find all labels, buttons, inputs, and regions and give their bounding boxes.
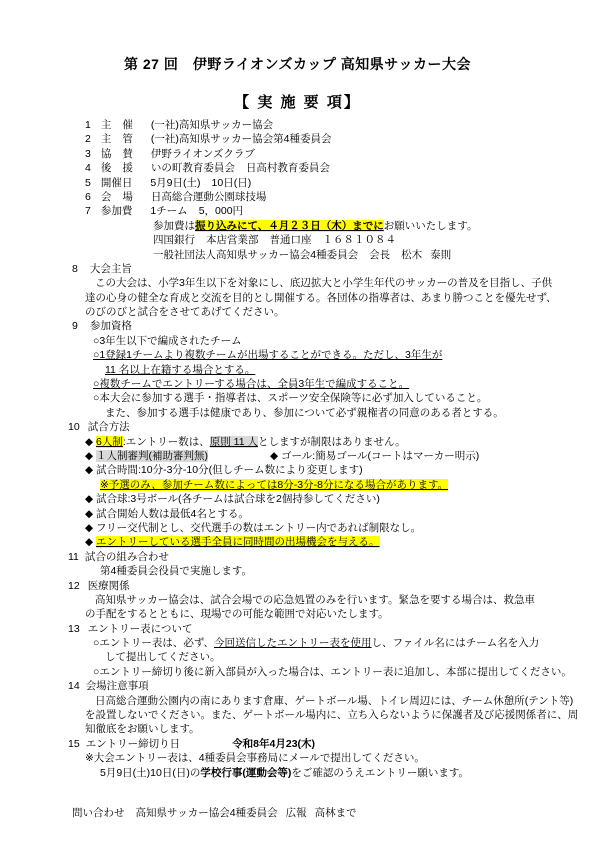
section-13-heading: 13エントリー表について [0, 622, 595, 636]
rule-match-time: ◆ 試合時間:10分-3分-10分(但しチーム数により変更します) [0, 463, 595, 477]
text-segment: して提出してください。 [105, 651, 221, 663]
spacer [358, 257, 369, 258]
text-segment: 日高総合運動公園内の南にあります倉庫、ゲートボール場、トイレ周辺には、チーム休憩… [95, 695, 573, 707]
text-segment: 試合方法 [88, 421, 130, 433]
text-segment: 会場注意事項 [86, 680, 149, 692]
spacer [80, 588, 88, 589]
text-segment: 問い合わせ [72, 807, 125, 819]
text-segment: 開催日 [101, 177, 133, 189]
rule-equal-play: ◆ エントリーしている選手全員に同時間の出場機会を与える。 [0, 535, 595, 549]
spacer [91, 170, 101, 171]
document-page: 第 27 回 伊野ライオンズカップ 高知県サッカー大会 【 実 施 要 項】 1… [0, 0, 595, 841]
entry-sheet-use-underline: 今回送信したエントリー表を使用 [214, 637, 372, 649]
spacer [133, 141, 151, 142]
text-segment: お願いいたします。 [384, 220, 478, 232]
text-segment: 試合の組み合わせ [85, 551, 169, 563]
text-segment: 15 [68, 738, 80, 750]
spacer [80, 631, 88, 632]
spacer [180, 746, 232, 747]
text-segment: 本店営業部 [206, 234, 259, 246]
entry-sheet-1-cont: して提出してください。 [0, 650, 595, 664]
spacer [422, 257, 430, 258]
spacer [312, 242, 323, 243]
text-segment: 高知県サッカー協会4種委員会 [136, 807, 278, 819]
six-player-highlight: 6人制 [96, 436, 123, 448]
association-line: 一般社団法人高知県サッカー協会4種委員会会長松木泰則 [0, 248, 595, 262]
text-segment: 参加資格 [90, 320, 132, 332]
text-segment: をご確認のうえエントリー願います。 [291, 767, 469, 779]
text-segment: 高知県サッカー協会は、試合会場での応急処置のみを行います。緊急を要する場合は、救… [95, 594, 535, 606]
spacer [208, 458, 270, 459]
text-segment: この大会は、小学3年生以下を対象にし、底辺拡大と小学生年代のサッカーの普及を目指… [95, 277, 552, 289]
account-number: １６８１０８４ [323, 234, 397, 246]
text-segment: 9 [72, 320, 78, 332]
text-segment: 広報 [286, 807, 307, 819]
text-segment: 3 [85, 148, 91, 160]
text-segment: 協 [101, 148, 112, 160]
purpose-line-3: のびのびと試合をさせてあげてください。 [0, 305, 595, 319]
text-segment: ○エントリー締切り後に新入部員が入った場合は、エントリー表に追加し、本部に提出し… [93, 666, 572, 678]
text-segment: また、参加する選手は健康であり、参加について必ず親権者の同意のある者とする。 [105, 407, 504, 419]
text-segment: 普通口座 [270, 234, 312, 246]
text-segment: エントリー表について [88, 623, 193, 635]
text-segment: 5月9日(土)10日(日)の [100, 767, 200, 779]
item-organizer: 1主催(一社)高知県サッカー協会 [0, 118, 595, 132]
text-segment: 主 [101, 119, 112, 131]
document-subtitle: 【 実 施 要 項】 [0, 94, 595, 112]
eligibility-4-cont: また、参加する選手は健康であり、参加について必ず親権者の同意のある者とする。 [0, 406, 595, 420]
purpose-line-2: 達の心身の健全な育成と交流を目的とし開催する。各団体の指導者は、あまり勝つことを… [0, 291, 595, 305]
eligibility-4: ○本大会に参加する選手・指導者は、スポーツ安全保険等に必ず加入していること。 [0, 391, 595, 405]
spacer [390, 257, 401, 258]
text-segment: 12 [68, 580, 80, 592]
spacer [111, 170, 122, 171]
spacer [91, 156, 101, 157]
matchup-line: 第4種委員会役員で実施します。 [0, 564, 595, 578]
item-sponsor: 3協賛伊野ライオンズクラブ [0, 147, 595, 161]
fee-payment-line: 参加費は振り込みにて、４月２３日（木）までにお願いいたします。 [0, 219, 595, 233]
text-segment: 一般社団法人高知県サッカー協会4種委員会 [153, 249, 358, 261]
contact-line: 問い合わせ高知県サッカー協会4種委員会広報高林まで [0, 806, 595, 820]
spacer [235, 170, 246, 171]
text-segment: 催 [122, 119, 133, 131]
text-segment: (一社)高知県サッカー協会第4種委員会 [151, 133, 332, 145]
spacer [91, 213, 101, 214]
spacer [188, 213, 199, 214]
text-segment: 会長 [369, 249, 390, 261]
bank-account-line: 四国銀行本店営業部普通口座１６８１０８４ [0, 233, 595, 247]
text-segment: 場 [122, 191, 133, 203]
text-segment: 日高村教育委員会 [246, 162, 330, 174]
section-11-heading: 11試合の組み合わせ [0, 550, 595, 564]
spacer [133, 156, 151, 157]
section-12-heading: 12医療関係 [0, 579, 595, 593]
text-segment: ◆ [85, 436, 96, 448]
text-segment: いの町教育委員会 [151, 162, 235, 174]
rule-substitution: ◆ フリー交代制とし、交代選手の数はエントリー内であれば制限なし。 [0, 521, 595, 535]
text-segment: 5，000円 [199, 205, 243, 217]
spacer [91, 141, 101, 142]
section-14-heading: 14会場注意事項 [0, 679, 595, 693]
text-segment: 6 [85, 191, 91, 203]
section-15-heading: 15エントリー締切り日令和8年4月23(木) [0, 737, 595, 751]
eligibility-2: ○1登録1チームより複数チームが出場することができる。ただし、3年生が [0, 348, 595, 362]
text-segment: 後 [101, 162, 112, 174]
text-segment: 医療関係 [88, 580, 130, 592]
eligibility-1: ○3年生以下で編成されたチーム [0, 334, 595, 348]
preliminary-time-note-highlight: ※予選のみ、参加チーム数によっては8分-3分-8分になる場合があります。 [100, 479, 448, 491]
principle-11-players: 原則 11 人 [210, 436, 258, 448]
purpose-line-1: この大会は、小学3年生以下を対象にし、底辺拡大と小学生年代のサッカーの普及を目指… [0, 276, 595, 290]
text-segment: ※大会エントリー表は、4種委員会事務局にメールで提出してください。 [85, 752, 425, 764]
text-segment: 5月9日(土) [150, 177, 200, 189]
spacer [78, 328, 90, 329]
venue-note-2: を設置しないでください。また、ゲートボール場内に、立ち入らないように保護者及び応… [0, 708, 595, 722]
text-segment: 会 [101, 191, 112, 203]
text-segment: :エントリー数は、 [123, 436, 210, 448]
text-segment: ◆ [85, 450, 96, 462]
item-management: 2主管(一社)高知県サッカー協会第4種委員会 [0, 132, 595, 146]
rule-six-player: ◆ 6人制:エントリー数は、原則 11 人としますが制限はありません。 [0, 435, 595, 449]
text-segment: ◆ ゴール:簡易ゴール(コートはマーカー明示) [270, 450, 479, 462]
document-body: 1主催(一社)高知県サッカー協会2主管(一社)高知県サッカー協会第4種委員会3協… [0, 118, 595, 820]
spacer [133, 170, 151, 171]
text-segment: 1チーム [150, 205, 187, 217]
text-segment: 7 [85, 205, 91, 217]
text-segment: ◆ [85, 536, 96, 548]
text-segment: 松木 [401, 249, 422, 261]
text-segment: としますが制限はありません。 [258, 436, 406, 448]
fee-deadline-highlight: 振り込みにて、４月２３日（木）までに [195, 220, 384, 232]
spacer [111, 141, 122, 142]
text-segment: ○3年生以下で編成されたチーム [93, 335, 242, 347]
spacer [307, 815, 315, 816]
text-segment: 10 [68, 421, 80, 433]
text-segment: 大会主旨 [90, 263, 132, 275]
spacer [91, 185, 101, 186]
spacer [91, 127, 101, 128]
referee-highlight: １人制審判(補助審判無) [96, 450, 208, 462]
spacer [111, 156, 122, 157]
item-venue: 6会場日高総合運動公園球技場 [0, 190, 595, 204]
spacer [278, 815, 286, 816]
rule-ball: ◆ 試合球:3号ボール(各チームは試合球を2個持参してください) [0, 492, 595, 506]
text-segment: 14 [68, 680, 80, 692]
text-segment: 泰則 [430, 249, 451, 261]
text-segment: 高林まで [315, 807, 357, 819]
text-segment: ○複数チームでエントリーする場合は、全員3年生で編成すること。 [93, 378, 409, 390]
text-segment: 4 [85, 162, 91, 174]
entry-sheet-1: ○エントリー表は、必ず、今回送信したエントリー表を使用し、ファイル名にはチーム名… [0, 636, 595, 650]
entry-deadline-date: 令和8年4月23(木) [232, 738, 315, 750]
text-segment: の手配をするとともに、現場での可能な範囲で対応いたします。 [85, 608, 389, 620]
spacer [80, 429, 88, 430]
text-segment: ◆ 試合開始人数は最低4名とする。 [85, 508, 249, 520]
item-fee: 7参加費1チーム5，000円 [0, 204, 595, 218]
spacer [111, 199, 122, 200]
medical-line-1: 高知県サッカー協会は、試合会場での応急処置のみを行います。緊急を要する場合は、救… [0, 593, 595, 607]
school-events-bold: 学校行事(運動会等) [200, 767, 291, 779]
document-title: 第 27 回 伊野ライオンズカップ 高知県サッカー大会 [0, 56, 595, 72]
spacer [78, 271, 90, 272]
spacer [132, 185, 150, 186]
spacer [91, 199, 101, 200]
section-10-heading: 10試合方法 [0, 420, 595, 434]
text-segment: のびのびと試合をさせてあげてください。 [85, 306, 285, 318]
item-support: 4後援いの町教育委員会日高村教育委員会 [0, 161, 595, 175]
eligibility-3: ○複数チームでエントリーする場合は、全員3年生で編成すること。 [0, 377, 595, 391]
text-segment: ◆ 試合球:3号ボール(各チームは試合球を2個持参してください) [85, 493, 380, 505]
text-segment: 第4種委員会役員で実施します。 [100, 565, 252, 577]
text-segment: 知徹底をお願いします。 [85, 723, 200, 735]
text-segment: ◆ 試合時間:10分-3分-10分(但しチーム数により変更します) [85, 464, 363, 476]
text-segment: 13 [68, 623, 80, 635]
spacer [195, 242, 206, 243]
entry-sheet-2: ○エントリー締切り後に新入部員が入った場合は、エントリー表に追加し、本部に提出し… [0, 665, 595, 679]
eligibility-2-cont: 11 名以上在籍する場合とする。 [0, 363, 595, 377]
text-segment: 1 [85, 119, 91, 131]
text-segment: ○エントリー表は、必ず、 [93, 637, 214, 649]
spacer [125, 815, 136, 816]
venue-note-3: 知徹底をお願いします。 [0, 722, 595, 736]
text-segment: 援 [122, 162, 133, 174]
text-segment: (一社)高知県サッカー協会 [151, 119, 273, 131]
text-segment: 四国銀行 [153, 234, 195, 246]
text-segment: ○1登録1チームより複数チームが出場することができる。ただし、3年生が [93, 349, 442, 361]
entry-deadline-note-2: 5月9日(土)10日(日)の学校行事(運動会等)をご確認のうえエントリー願います… [0, 766, 595, 780]
spacer [259, 242, 270, 243]
text-segment: 10日(日) [212, 177, 252, 189]
venue-note-1: 日高総合運動公園内の南にあります倉庫、ゲートボール場、トイレ周辺には、チーム休憩… [0, 694, 595, 708]
text-segment: 伊野ライオンズクラブ [151, 148, 255, 160]
entry-deadline-note-1: ※大会エントリー表は、4種委員会事務局にメールで提出してください。 [0, 751, 595, 765]
rule-match-time-note: ※予選のみ、参加チーム数によっては8分-3分-8分になる場合があります。 [0, 478, 595, 492]
section-9-heading: 9参加資格 [0, 319, 595, 333]
text-segment: し、ファイル名にはチーム名を入力 [372, 637, 540, 649]
text-segment: 5 [85, 177, 91, 189]
text-segment: 2 [85, 133, 91, 145]
text-segment: 日高総合運動公園球技場 [151, 191, 267, 203]
rule-referee-goal: ◆ １人制審判(補助審判無)◆ ゴール:簡易ゴール(コートはマーカー明示) [0, 449, 595, 463]
item-date: 5開催日5月9日(土)10日(日) [0, 176, 595, 190]
text-segment: 参加費は [153, 220, 195, 232]
text-segment: ○本大会に参加する選手・指導者は、スポーツ安全保険等に必ず加入していること。 [93, 392, 487, 404]
text-segment: 参加費 [101, 205, 133, 217]
section-8-heading: 8大会主旨 [0, 262, 595, 276]
medical-line-2: の手配をするとともに、現場での可能な範囲で対応いたします。 [0, 607, 595, 621]
spacer [133, 127, 151, 128]
text-segment: 8 [72, 263, 78, 275]
text-segment: 達の心身の健全な育成と交流を目的とし開催する。各団体の指導者は、あまり勝つことを… [85, 292, 557, 304]
text-segment: 管 [122, 133, 133, 145]
text-segment: を設置しないでください。また、ゲートボール場内に、立ち入らないように保護者及び応… [85, 709, 578, 721]
text-segment: 11 名以上在籍する場合とする。 [105, 364, 255, 376]
rule-min-players: ◆ 試合開始人数は最低4名とする。 [0, 507, 595, 521]
text-segment: 主 [101, 133, 112, 145]
text-segment: 11 [68, 551, 79, 563]
text-segment: ◆ フリー交代制とし、交代選手の数はエントリー内であれば制限なし。 [85, 522, 421, 534]
text-segment: 賛 [122, 148, 133, 160]
equal-play-highlight: エントリーしている選手全員に同時間の出場機会を与える。 [96, 536, 380, 548]
spacer [132, 213, 150, 214]
spacer [111, 127, 122, 128]
text-segment: エントリー締切り日 [86, 738, 181, 750]
spacer [133, 199, 151, 200]
spacer [201, 185, 212, 186]
